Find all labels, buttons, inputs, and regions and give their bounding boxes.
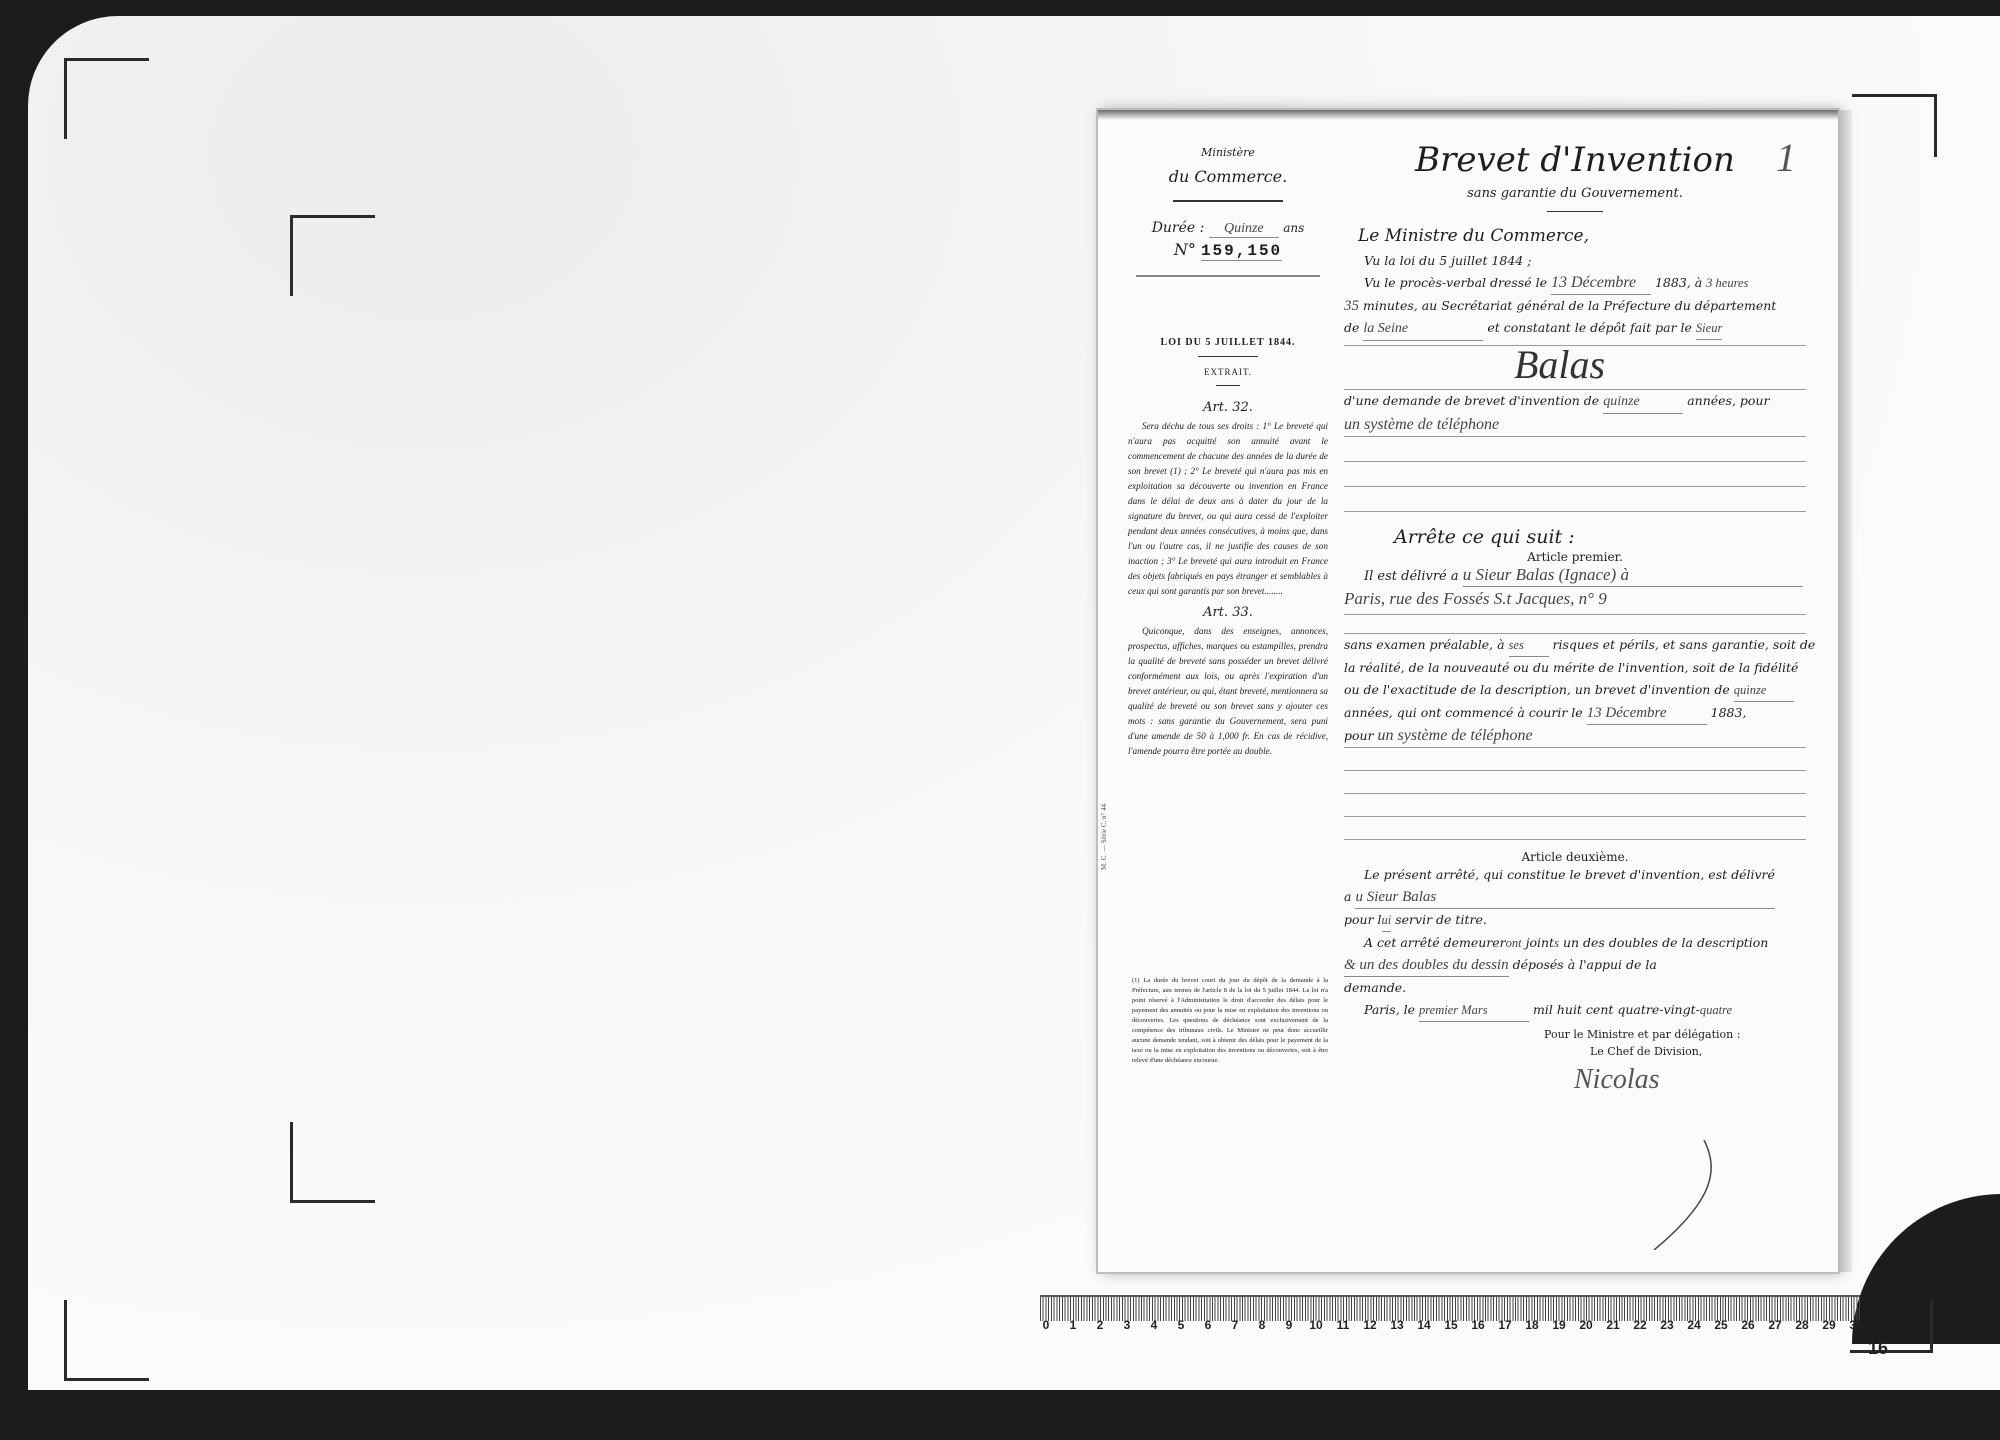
demande-prefix: d'une demande de brevet d'invention de — [1344, 393, 1599, 408]
vu-proces-prefix: Vu le procès-verbal dressé le — [1364, 275, 1547, 290]
pour-line: pour un système de téléphone — [1344, 725, 1806, 748]
article1-recipient: u Sieur Balas (Ignace) à — [1463, 564, 1803, 587]
signature: Nicolas — [1574, 1064, 1806, 1096]
art33-text: Quiconque, dans des enseignes, annonces,… — [1128, 624, 1328, 759]
ruler-label: 21 — [1606, 1318, 1619, 1332]
risques-prefix: sans examen préalable, à — [1344, 637, 1505, 652]
crop-mark-top-left — [64, 58, 149, 139]
crop-mark-top-right — [1852, 94, 1937, 157]
proces-minutes-line: 35 minutes, au Secrétariat général de la… — [1344, 295, 1806, 317]
chef-division: Le Chef de Division, — [1590, 1045, 1806, 1058]
applicant-name: Balas — [1514, 341, 1605, 388]
ruler-label: 24 — [1687, 1318, 1700, 1332]
title-row: Brevet d'Invention 1 — [1344, 140, 1806, 180]
invention-title: un système de téléphone — [1344, 416, 1499, 433]
pour-prefix: pour — [1344, 728, 1374, 743]
ruler-label: 26 — [1741, 1318, 1754, 1332]
page-top-shadow — [1098, 110, 1838, 120]
servir-prefix: pour l — [1344, 912, 1382, 927]
paris-prefix: Paris, le — [1364, 1002, 1415, 1017]
blank-line — [1344, 817, 1806, 840]
servir-value: ui — [1382, 909, 1392, 932]
article2-recipient-line: a u Sieur Balas — [1344, 886, 1806, 909]
demeurer-value: ont — [1506, 936, 1522, 950]
article1-heading: Article premier. — [1344, 550, 1806, 564]
left-column: Ministère du Commerce. Durée : Quinze an… — [1128, 140, 1328, 759]
courir-prefix: années, qui ont commencé à courir le — [1344, 705, 1583, 720]
address-line: Paris, rue des Fossés S.t Jacques, n° 9 — [1344, 588, 1806, 615]
paris-year-value: quatre — [1700, 1003, 1732, 1017]
patent-document: Ministère du Commerce. Durée : Quinze an… — [1098, 110, 1838, 1272]
ruler-label: 18 — [1525, 1318, 1538, 1332]
ruler-label: 6 — [1205, 1318, 1212, 1332]
ruler-label: 1 — [1070, 1318, 1077, 1332]
ruler-label: 11 — [1337, 1318, 1350, 1332]
servir-line: pour lui servir de titre. — [1344, 909, 1806, 932]
dessin-line: & un des doubles du dessin déposés à l'a… — [1344, 954, 1806, 977]
delegation: Pour le Ministre et par délégation : — [1544, 1028, 1806, 1041]
article1-address: Paris, rue des Fossés S.t Jacques, n° 9 — [1344, 589, 1607, 608]
scan-bottom-border — [0, 1390, 2000, 1440]
article2-prefix: a — [1344, 889, 1351, 904]
right-column: Brevet d'Invention 1 sans garantie du Go… — [1344, 140, 1806, 1096]
signature-flourish — [1644, 1140, 1764, 1250]
department-value: la Seine — [1363, 318, 1483, 341]
demande-line: d'une demande de brevet d'invention de q… — [1344, 390, 1806, 414]
frame-number: 16 — [1868, 1338, 1888, 1359]
title-divider — [1547, 211, 1603, 212]
demande-suffix: années, pour — [1687, 393, 1769, 408]
brevet-duration: quinze — [1734, 679, 1794, 702]
dessin-value: & un des doubles du dessin — [1344, 954, 1509, 977]
demeurer-prefix: A cet arrêté demeurer — [1364, 935, 1506, 950]
pour-value: un système de téléphone — [1378, 727, 1533, 744]
ruler-label: 23 — [1660, 1318, 1673, 1332]
demeurer-line: A cet arrêté demeureront joints un des d… — [1344, 932, 1806, 954]
ruler-label: 13 — [1390, 1318, 1403, 1332]
ruler-label: 10 — [1309, 1318, 1322, 1332]
vu-proces-line: Vu le procès-verbal dressé le 13 Décembr… — [1344, 272, 1806, 295]
demande-word: demande. — [1344, 977, 1806, 999]
ruler-label: 15 — [1444, 1318, 1457, 1332]
ruler-label: 19 — [1552, 1318, 1565, 1332]
proces-year: 1883, à — [1655, 275, 1702, 290]
ruler-label: 30 — [1849, 1318, 1862, 1332]
law-title: LOI DU 5 JUILLET 1844. — [1128, 337, 1328, 348]
proces-minutes: 35 — [1344, 298, 1359, 314]
paris-day: premier Mars — [1419, 999, 1529, 1022]
risques-value: ses — [1509, 634, 1549, 657]
ruler-labels: 0 1 2 3 4 5 6 7 8 9 10 11 12 13 14 15 16… — [1040, 1318, 1860, 1338]
applicant-line: Balas — [1344, 345, 1806, 390]
divider — [1136, 275, 1320, 277]
ruler-label: 27 — [1768, 1318, 1781, 1332]
department-line: de la Seine et constatant le dépôt fait … — [1344, 317, 1806, 341]
ruler-label: 28 — [1795, 1318, 1808, 1332]
document-title: Brevet d'Invention — [1415, 140, 1735, 180]
footnote: (1) La durée du brevet court du jour du … — [1132, 976, 1328, 1066]
blank-line — [1344, 771, 1806, 794]
realite-line: la réalité, de la nouveauté ou du mérite… — [1344, 657, 1806, 679]
invention-title-line: un système de téléphone — [1344, 414, 1806, 437]
blank-line — [1344, 462, 1806, 487]
dept-prefix: de — [1344, 320, 1359, 335]
art32-text: Sera déchu de tous ses droits : 1° Le br… — [1128, 419, 1328, 599]
series-mark: M. C. — Série C, n° 44. — [1100, 802, 1108, 870]
article2-line1: Le présent arrêté, qui constitue le brev… — [1344, 864, 1806, 886]
duration-value: Quinze — [1209, 221, 1279, 238]
vu-loi: Vu la loi du 5 juillet 1844 ; — [1344, 250, 1806, 272]
ruler-label: 5 — [1178, 1318, 1185, 1332]
ruler-label: 29 — [1822, 1318, 1835, 1332]
ruler-label: 2 — [1097, 1318, 1104, 1332]
minister-heading: Le Ministre du Commerce, — [1358, 226, 1806, 246]
ministry-line-2: du Commerce. — [1128, 167, 1328, 186]
patent-number-row: N° 159,150 — [1128, 240, 1328, 261]
blank-line — [1344, 794, 1806, 817]
demande-duration: quinze — [1603, 391, 1683, 414]
ruler-label: 7 — [1232, 1318, 1239, 1332]
ruler-label: 17 — [1498, 1318, 1511, 1332]
proces-rest: minutes, au Secrétariat général de la Pr… — [1363, 298, 1776, 313]
duration-unit: ans — [1283, 221, 1304, 235]
exactitude-line: ou de l'exactitude de la description, un… — [1344, 679, 1806, 702]
ruler-label: 14 — [1417, 1318, 1430, 1332]
paris-year-text: mil huit cent quatre-vingt- — [1533, 1002, 1700, 1017]
ministry-line-1: Ministère — [1128, 146, 1328, 159]
article1-line: Il est délivré a u Sieur Balas (Ignace) … — [1344, 564, 1806, 588]
ruler-label: 3 — [1124, 1318, 1131, 1332]
ruler-label: 25 — [1714, 1318, 1727, 1332]
extract-title: EXTRAIT. — [1128, 367, 1328, 377]
ruler-label: 22 — [1633, 1318, 1646, 1332]
ruler-label: 0 — [1043, 1318, 1050, 1332]
article1-prefix: Il est délivré a — [1364, 569, 1459, 584]
blank-line — [1344, 437, 1806, 462]
blank-line — [1344, 748, 1806, 771]
ruler-label: 12 — [1363, 1318, 1376, 1332]
proces-date: 13 Décembre — [1551, 272, 1651, 295]
article2-recipient: u Sieur Balas — [1355, 886, 1775, 909]
page-marker: 1 — [1776, 134, 1796, 181]
doubles-text: un des doubles de la description — [1563, 935, 1768, 950]
article2-heading: Article deuxième. — [1344, 850, 1806, 864]
courir-date: 13 Décembre — [1587, 702, 1707, 725]
blank-line — [1344, 487, 1806, 512]
art32-heading: Art. 32. — [1128, 400, 1328, 415]
proces-hour: 3 heures — [1706, 276, 1748, 290]
art33-heading: Art. 33. — [1128, 605, 1328, 620]
ornament-divider — [1173, 200, 1283, 202]
extract-divider — [1216, 385, 1240, 386]
deposes-text: déposés à l'appui de la — [1513, 957, 1657, 972]
ruler-label: 20 — [1579, 1318, 1592, 1332]
duration-label: Durée : — [1152, 220, 1205, 236]
depot-who: Sieur — [1696, 317, 1722, 340]
risques-line: sans examen préalable, à ses risques et … — [1344, 634, 1806, 657]
date-line: Paris, le premier Mars mil huit cent qua… — [1344, 999, 1806, 1022]
depot-text: et constatant le dépôt fait par le — [1487, 320, 1692, 335]
law-divider — [1198, 356, 1258, 357]
courir-line: années, qui ont commencé à courir le 13 … — [1344, 702, 1806, 725]
arrete-heading: Arrête ce qui suit : — [1394, 526, 1806, 548]
joint-label: joint — [1526, 935, 1554, 950]
risques-text: risques et périls, et sans garantie, soi… — [1553, 637, 1816, 652]
ruler-label: 16 — [1471, 1318, 1484, 1332]
page-edge — [1838, 110, 1852, 1272]
crop-mark-inner-bottom-left — [290, 1122, 375, 1203]
crop-mark-bottom-left — [64, 1300, 149, 1381]
servir-suffix: servir de titre. — [1395, 912, 1487, 927]
crop-mark-inner-top-left — [290, 215, 375, 296]
ruler-label: 8 — [1259, 1318, 1266, 1332]
subtitle: sans garantie du Gouvernement. — [1344, 186, 1806, 201]
blank-line — [1344, 615, 1806, 634]
courir-year: 1883, — [1711, 705, 1747, 720]
ruler-label: 9 — [1286, 1318, 1293, 1332]
exactitude-prefix: ou de l'exactitude de la description, un… — [1344, 682, 1730, 697]
duration-row: Durée : Quinze ans — [1128, 220, 1328, 238]
ruler-label: 4 — [1151, 1318, 1158, 1332]
number-prefix: N° — [1174, 240, 1196, 259]
joint-value: s — [1554, 936, 1559, 950]
patent-number: 159,150 — [1201, 242, 1282, 261]
